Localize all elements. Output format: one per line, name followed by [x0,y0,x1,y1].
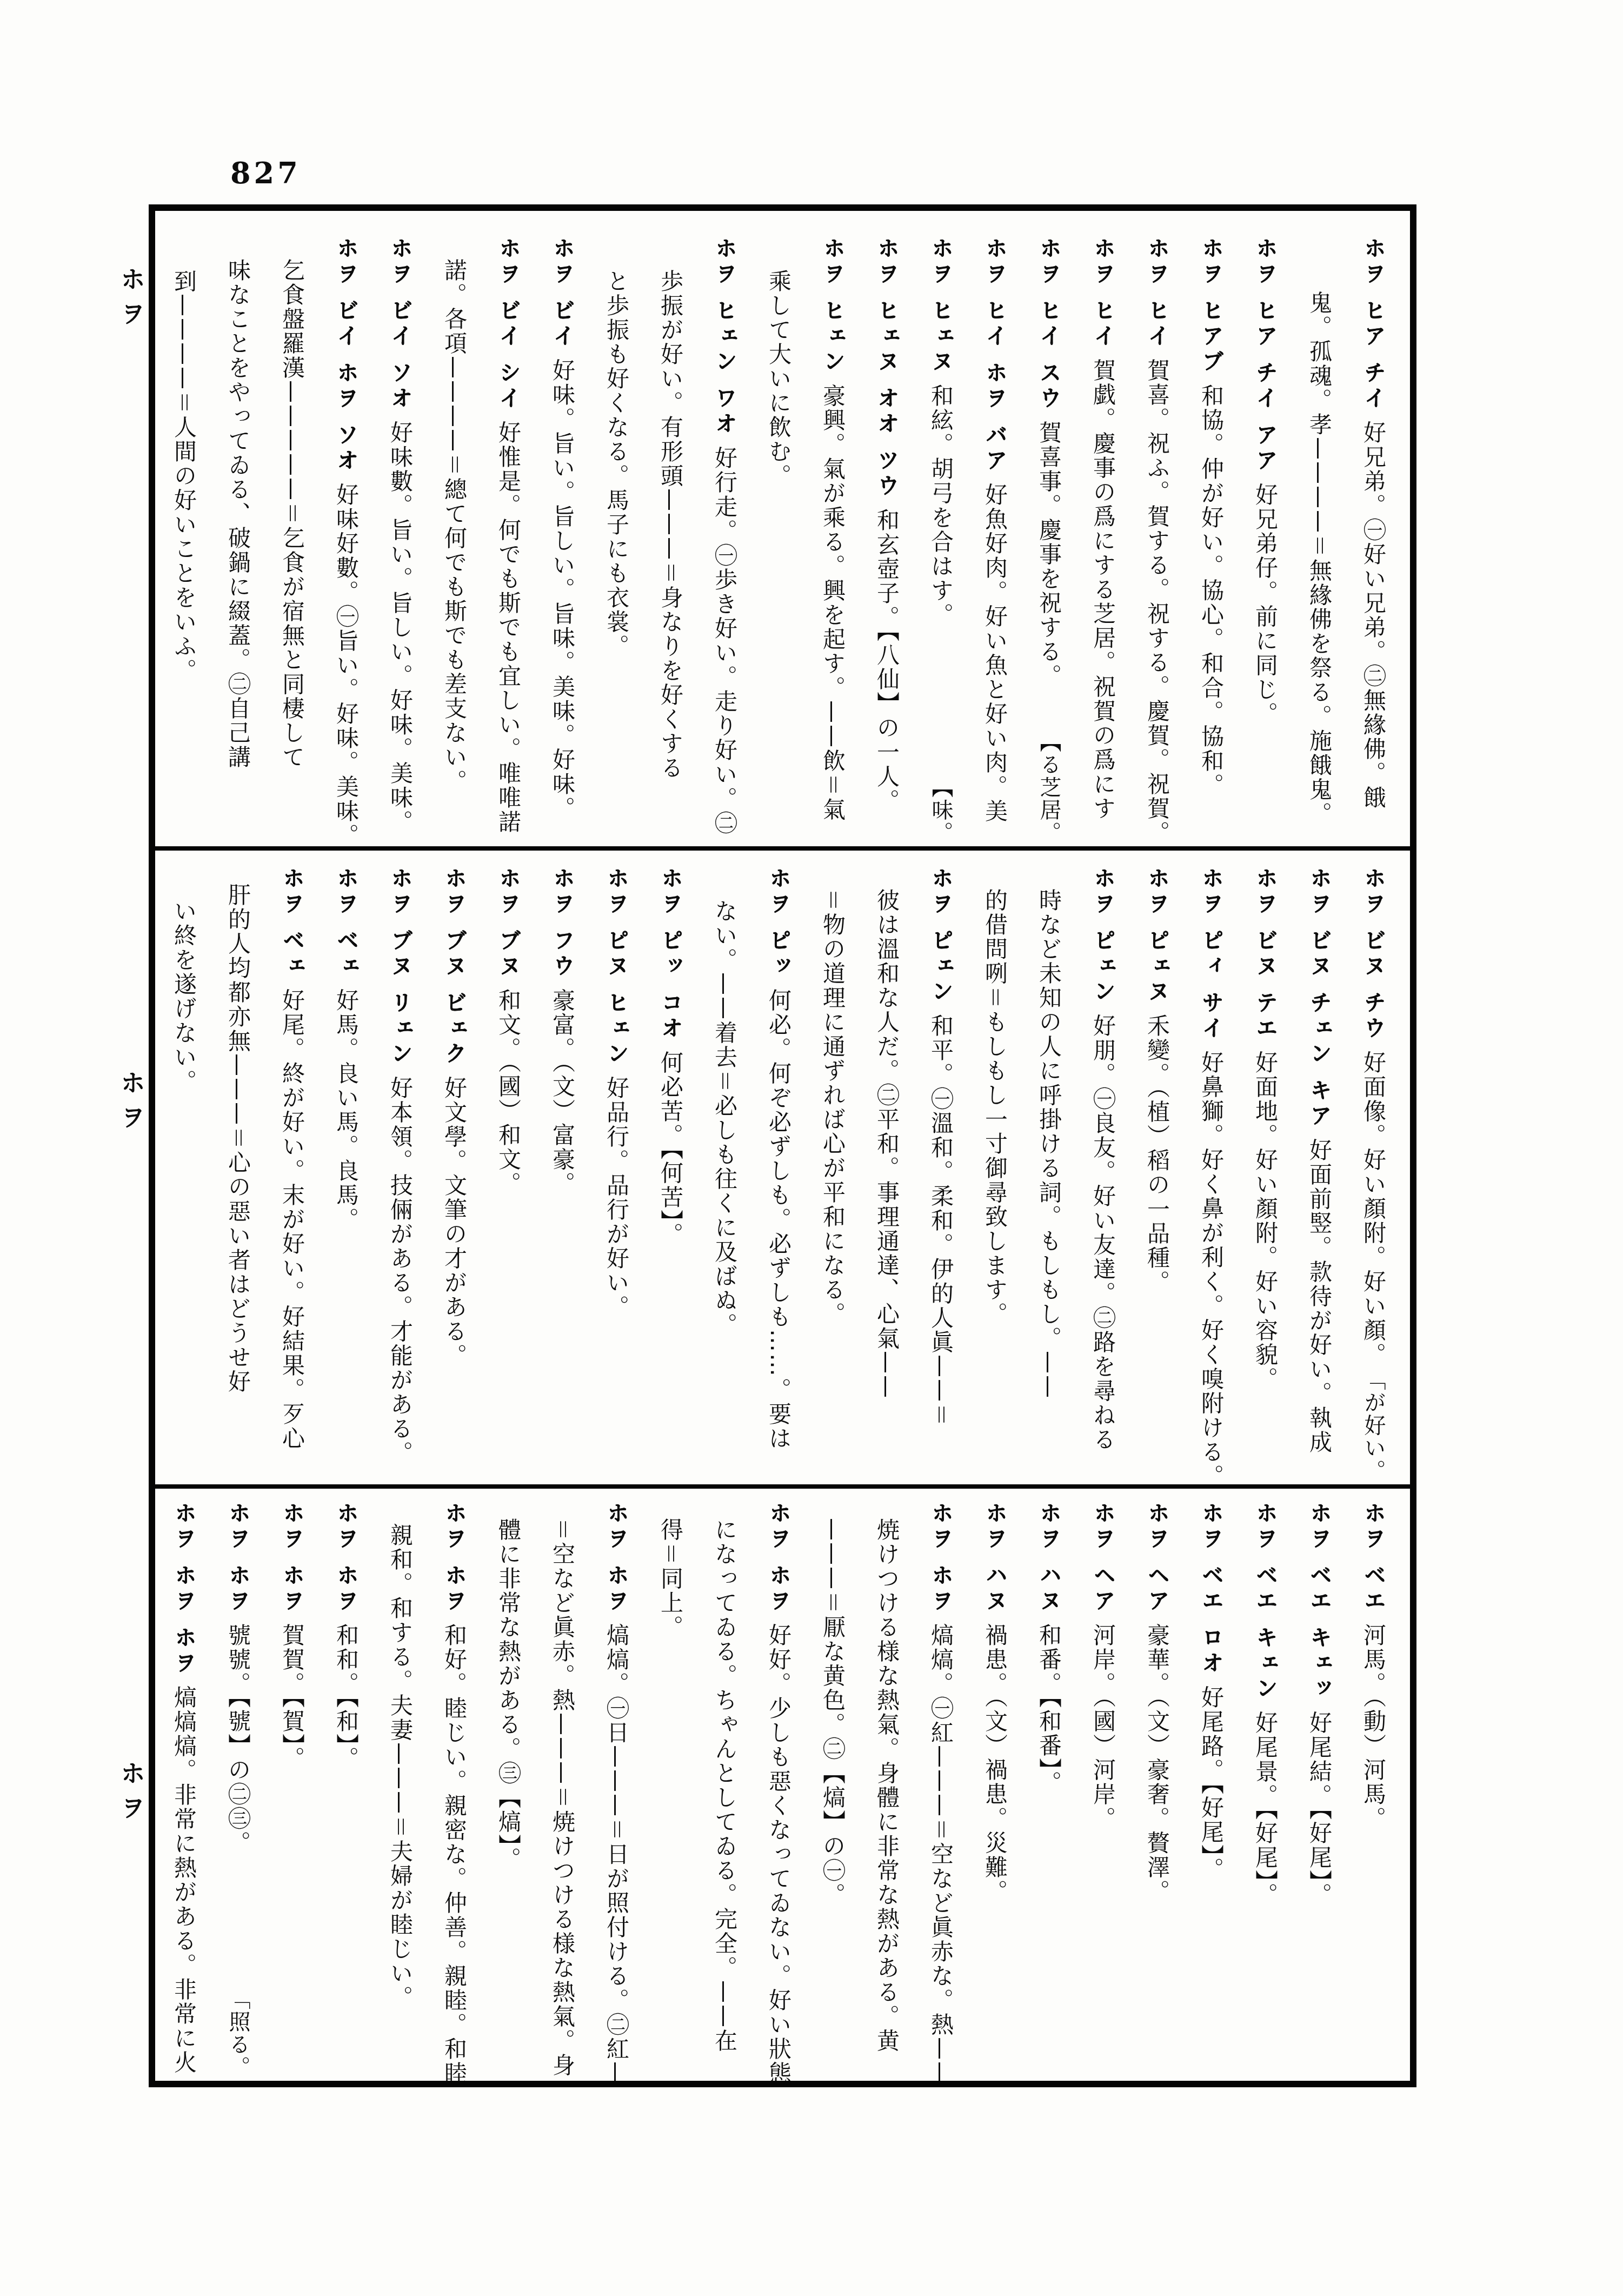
dictionary-column: ホヲ ホヲ和好。睦じい。親密な。仲善。親睦。和睦。 [427,1502,481,2081]
dictionary-column: ホヲ ピッ コオ何必苦。【何苦】。 [643,867,697,1484]
entry-definition: 禾變。（植）稻の一品種。 [1144,1014,1170,1295]
dictionary-column: ホヲ ホヲ和和。【和】。 [319,1502,373,2081]
entry-definition: ＝物の道理に通ずれば心が平和になる。 [820,888,846,1326]
dictionary-column: ホヲ ピェン好朋。㊀良友。好い友達。㊁路を尋ねる [1076,867,1130,1484]
dictionary-column: ＝物の道理に通ずれば心が平和になる。 [806,867,860,1484]
dictionary-column: ———＝厭な黄色。㊁【熇】の㊀。 [806,1502,860,2081]
margin-label-section-3: ホヲ [114,1760,149,1829]
section-separator [155,1484,1410,1489]
dictionary-column: ない。——着去＝必しも往くに及ばぬ。 [697,867,751,1484]
dictionary-section-top: ホヲ ヒア チイ好兄弟。㊀好い兄弟。㊁無緣佛。餓鬼。孤魂。孝————＝無緣佛を祭… [155,211,1410,846]
entry-headword: ホヲ ベエ キェッ [1307,1502,1332,1702]
dictionary-column: ホヲ ピェン和平。㊀溫和。柔和。伊的人眞——＝ [914,867,968,1484]
dictionary-column: ホヲ フウ豪富。（文）富豪。 [535,867,589,1484]
entry-definition: 好尾路。【好尾】。 [1198,1685,1225,1882]
dictionary-column: ホヲ ハヌ禍患。（文）禍患。災難。 [968,1502,1022,2081]
dictionary-section-bottom: ホヲ ベエ河馬。（動）河馬。ホヲ ベエ キェッ好尾結。【好尾】。ホヲ ベエ キェ… [155,1489,1410,2081]
entry-definition: 鬼。孤魂。孝————＝無緣佛を祭る。施餓鬼。 [1306,291,1333,826]
dictionary-column: 的借問咧＝もしもし一寸御尋致します。 [968,867,1022,1484]
dictionary-column: 體に非常な熱がある。㊂【熇】。 [481,1502,535,2081]
entry-headword: ホヲ ピェヌ [1145,867,1169,1005]
entry-definition: 好尾結。【好尾】。 [1306,1711,1333,1907]
entry-headword: ホヲ ヒェン ワオ [712,237,737,437]
entry-definition: 彼は溫和な人だ。㊁平和。事理通達、心氣—— [874,888,900,1399]
entry-definition: 好尾。終が好い。末が好い。好結果。歹心 [279,988,305,1451]
entry-headword: ホヲ ビイ ソオ [388,237,413,412]
content-frame: ホヲ ヒア チイ好兄弟。㊀好い兄弟。㊁無緣佛。餓鬼。孤魂。孝————＝無緣佛を祭… [149,204,1416,2087]
entry-definition: 和番。【和番】。 [1036,1623,1062,1795]
dictionary-column: ホヲ ブヌ和文。（國）和文。 [481,867,535,1484]
dictionary-column: ホヲ ビイ ソオ好味數。旨い。旨しい。好味。美味。 [373,237,427,846]
dictionary-column: 得＝同上。 [643,1502,697,2081]
dictionary-column: ホヲ ベェ好尾。終が好い。末が好い。好結果。歹心 [265,867,319,1484]
dictionary-column: ホヲ ベエ キェッ好尾結。【好尾】。 [1292,1502,1346,2081]
dictionary-column: ホヲ ホヲ ホヲ熇熇熇。非常に熱がある。非常に火 [157,1502,211,2081]
dictionary-column: 時など未知の人に呼掛ける詞。もしもし。—— [1022,867,1076,1484]
dictionary-column: ホヲ ホヲ好好。少しも惡くなってゐない。好い狀態 [751,1502,806,2081]
entry-definition: 好味。旨い。旨しい。旨味。美味。好味。 [549,359,576,821]
entry-definition: 好兄弟。㊀好い兄弟。㊁無緣佛。餓 [1360,421,1387,810]
section-separator [155,846,1410,851]
margin-label-section-2: ホヲ [114,1070,149,1139]
column-overflow-fragment: 「が好い。 [1360,1369,1386,1482]
dictionary-column: 肝的人均都亦無———＝心の惡い者はどうせ好 [211,867,265,1484]
dictionary-column: 彼は溫和な人だ。㊁平和。事理通達、心氣—— [860,867,914,1484]
dictionary-column: ホヲ ビヌ チウ好面像。好い顏附。好い顏。「が好い。 [1346,867,1400,1484]
entry-headword: ホヲ ブヌ [496,867,521,980]
entry-headword: ホヲ ホヲ [280,1502,304,1615]
entry-headword: ホヲ ヒェヌ オオ ツウ [874,237,899,500]
entry-headword: ホヲ ブヌ リェン [388,867,413,1067]
entry-definition: 得＝同上。 [657,1518,684,1640]
column-overflow-fragment: 【る芝居。 [1036,731,1062,844]
dictionary-column: になってゐる。ちゃんとしてゐる。完全。——在 [697,1502,751,2081]
entry-headword: ホヲ ビヌ テエ [1253,867,1278,1042]
dictionary-column: ホヲ ビヌ テエ好面地。好い顏附。好い容貌。 [1238,867,1292,1484]
entry-definition: 焼けつける様な熱氣。身體に非常な熱がある。黄 [874,1518,900,2053]
page-number: 827 [230,156,301,190]
entry-headword: ホヲ ビイ [550,237,575,350]
entry-definition: 賀喜。祝ふ。賀する。祝する。慶賀。祝賀。 [1144,359,1170,845]
entry-definition: 好兄弟仔。前に同じ。 [1252,483,1279,726]
dictionary-column: ホヲ ビイ ホヲ ソオ好味好數。㊀旨い。好味。美味。 [319,237,373,846]
entry-definition: 歩振が好い。有形頭———＝身なりを好くする [657,269,684,780]
entry-definition: 和和。【和】。 [333,1623,360,1771]
entry-definition: 好鼻獅。好く鼻が利く。好く嗅附ける。 [1198,1051,1225,1484]
entry-headword: ホヲ ヘア [1145,1502,1169,1615]
dictionary-column: ホヲ ヘア河岸。（國）河岸。 [1076,1502,1130,2081]
dictionary-column: 親和。和する。夫妻———＝夫婦が睦じい。 [373,1502,427,2081]
entry-definition: ＝空など眞赤。熱———＝焼けつける様な熱氣。身 [549,1518,576,2078]
entry-definition: 到————＝人間の好いことをいふ。 [171,269,197,683]
dictionary-column: ホヲ ピヌ ヒェン好品行。品行が好い。 [589,867,643,1484]
entry-definition: 和平。㊀溫和。柔和。伊的人眞——＝ [928,1014,954,1428]
dictionary-column: ホヲ ベェ好馬。良い馬。良馬。 [319,867,373,1484]
entry-headword: ホヲ ハヌ [982,1502,1007,1615]
scanned-page: 827 ホヲ ホヲ ホヲ ホヲ ヒア チイ好兄弟。㊀好い兄弟。㊁無緣佛。餓鬼。孤… [0,0,1623,2296]
dictionary-column: ホヲ ベエ ロオ好尾路。【好尾】。 [1184,1502,1238,2081]
entry-definition: 好朋。㊀良友。好い友達。㊁路を尋ねる [1090,1014,1116,1452]
entry-definition: と歩振も好くなる。馬子にも衣裳。 [603,269,630,659]
entry-definition: 好面地。好い顏附。好い容貌。 [1252,1051,1279,1391]
dictionary-column: ホヲ ヘア豪華。（文）豪奢。贅澤。 [1130,1502,1184,2081]
dictionary-column: ホヲ ヒイ ホヲ バア好魚好肉。好い魚と好い肉。美 [968,237,1022,846]
dictionary-column: ホヲ ベエ キェン好尾景。【好尾】。 [1238,1502,1292,2081]
entry-definition: 熇熇。㊀日———＝日が照付ける。㊁紅—— [603,1623,630,2081]
entry-definition: 好本領。技倆がある。才能がある。 [387,1076,414,1465]
entry-definition: 河馬。（動）河馬。 [1360,1623,1387,1831]
entry-definition: 賀戯。慶事の爲にする芝居。祝賀の爲にす [1090,359,1116,821]
entry-definition: 好惟是。何でも斯でも宜しい。唯唯諾 [495,421,522,834]
entry-definition: 好品行。品行が好い。 [603,1076,630,1319]
dictionary-column: ホヲ ヒア チイ好兄弟。㊀好い兄弟。㊁無緣佛。餓 [1346,237,1400,846]
entry-headword: ホヲ ハヌ [1036,1502,1061,1615]
dictionary-column: い終を遂げない。 [157,867,211,1484]
dictionary-column: ホヲ ビヌ チェン キア好面前竪。款待が好い。執成 [1292,867,1346,1484]
entry-headword: ホヲ ピィ サイ [1199,867,1223,1042]
dictionary-column: ホヲ ブヌ リェン好本領。技倆がある。才能がある。 [373,867,427,1484]
entry-definition: 好尾景。【好尾】。 [1252,1711,1279,1907]
entry-definition: 好文學。文筆の才がある。 [441,1076,468,1368]
entry-headword: ホヲ ベェ [280,867,304,980]
dictionary-column: ホヲ ヒアブ和協。仲が好い。協心。和合。協和。 [1184,237,1238,846]
entry-definition: 好味好數。㊀旨い。好味。美味。 [333,483,360,846]
dictionary-column: ホヲ ホヲ號號。【號】の㊁㊂。「照る。 [211,1502,265,2081]
entry-definition: 河岸。（國）河岸。 [1090,1623,1116,1831]
entry-headword: ホヲ ヒイ [1145,237,1169,350]
entry-definition: 號號。【號】の㊁㊂。 [225,1623,251,1855]
dictionary-column: ホヲ ヒア チイ アア好兄弟仔。前に同じ。 [1238,237,1292,846]
entry-definition: い終を遂げない。 [171,899,197,1094]
entry-headword: ホヲ ヘア [1090,1502,1115,1615]
dictionary-column: ホヲ ホヲ賀賀。【賀】。 [265,1502,319,2081]
entry-headword: ホヲ ピェン [928,867,953,1005]
entry-definition: 豪富。（文）富豪。 [549,988,576,1196]
dictionary-column: ホヲ ビイ シイ好惟是。何でも斯でも宜しい。唯唯諾 [481,237,535,846]
dictionary-section-middle: ホヲ ビヌ チウ好面像。好い顏附。好い顏。「が好い。ホヲ ビヌ チェン キア好面… [155,851,1410,1484]
entry-definition: ない。——着去＝必しも往くに及ばぬ。 [711,899,738,1337]
entry-headword: ホヲ ヒアブ [1199,237,1223,375]
entry-headword: ホヲ ピヌ ヒェン [604,867,629,1067]
entry-definition: 熇熇。㊀紅———＝空など眞赤な。熱——＝ [928,1623,954,2081]
dictionary-column: 乘して大いに飲む。 [751,237,806,846]
dictionary-column: 諾。各項————＝總て何でも斯でも差支ない。 [427,237,481,846]
dictionary-column: 乞食盤羅漢—————＝乞食が宿無と同棲して [265,237,319,846]
entry-definition: 好味數。旨い。旨しい。好味。美味。 [387,421,414,834]
entry-headword: ホヲ ビイ シイ [496,237,521,412]
entry-definition: 和協。仲が好い。協心。和合。協和。 [1198,384,1225,798]
entry-headword: ホヲ ベエ ロオ [1199,1502,1223,1677]
entry-definition: 何必。何ぞ必ずしも。必ずしも……。要は [766,988,792,1451]
entry-definition: 諾。各項————＝總て何でも斯でも差支ない。 [441,258,468,794]
entry-headword: ホヲ ヒイ ホヲ バア [982,237,1007,474]
entry-headword: ホヲ ヒイ [1090,237,1115,350]
entry-definition: になってゐる。ちゃんとしてゐる。完全。——在 [711,1518,738,2053]
entry-headword: ホヲ ホヲ ホヲ [171,1502,196,1677]
dictionary-column: ホヲ ブヌ ビェク好文學。文筆の才がある。 [427,867,481,1484]
entry-definition: 體に非常な熱がある。㊂【熇】。 [495,1518,522,1872]
entry-definition: 豪華。（文）豪奢。贅澤。 [1144,1623,1170,1904]
entry-definition: 好魚好肉。好い魚と好い肉。美 [982,483,1008,824]
entry-headword: ホヲ ベエ キェン [1253,1502,1278,1702]
dictionary-column: ホヲ ヒイ スウ賀喜事。慶事を祝する。【る芝居。 [1022,237,1076,846]
entry-definition: 好行走。㊀歩き好い。走り好い。㊁ [711,446,738,835]
dictionary-column: 歩振が好い。有形頭———＝身なりを好くする [643,237,697,846]
margin-label-section-1: ホヲ [114,266,149,335]
entry-definition: ———＝厭な黄色。㊁【熇】の㊀。 [820,1518,846,1907]
dictionary-column: ホヲ ヒェン ワオ好行走。㊀歩き好い。走り好い。㊁ [697,237,751,846]
dictionary-column: ホヲ ピェヌ禾變。（植）稻の一品種。 [1130,867,1184,1484]
dictionary-column: ホヲ ビイ好味。旨い。旨しい。旨味。美味。好味。 [535,237,589,846]
dictionary-column: ホヲ ヒェン豪興。氣が乘る。興を起す。——飲＝氣 [806,237,860,846]
column-overflow-fragment: 「照る。 [225,1988,251,2079]
entry-definition: 賀喜事。慶事を祝する。 [1036,421,1062,688]
entry-definition: 好好。少しも惡くなってゐない。好い狀態 [766,1623,792,2081]
entry-definition: 乘して大いに飲む。 [766,269,792,488]
dictionary-column: ホヲ ベエ河馬。（動）河馬。 [1346,1502,1400,2081]
entry-headword: ホヲ ホヲ [928,1502,953,1615]
entry-headword: ホヲ ヒア チイ アア [1253,237,1278,474]
entry-headword: ホヲ ホヲ [225,1502,250,1615]
entry-headword: ホヲ フウ [550,867,575,980]
dictionary-column: ホヲ ピッ何必。何ぞ必ずしも。必ずしも……。要は [751,867,806,1484]
entry-headword: ホヲ ビイ ホヲ ソオ [334,237,358,474]
entry-headword: ホヲ ヒェヌ [928,237,953,375]
entry-definition: 好馬。良い馬。良馬。 [333,988,360,1232]
dictionary-column: 味なことをやってゐる、破鍋に綴蓋。㊁自己講 [211,237,265,846]
entry-definition: 賀賀。【賀】。 [279,1623,305,1771]
dictionary-column: ホヲ ハヌ和番。【和番】。 [1022,1502,1076,2081]
entry-definition: 乞食盤羅漢—————＝乞食が宿無と同棲して [279,258,305,769]
entry-definition: 熇熇熇。非常に熱がある。非常に火 [171,1685,197,2075]
dictionary-column: ホヲ ピィ サイ好鼻獅。好く鼻が利く。好く嗅附ける。 [1184,867,1238,1484]
dictionary-column: 鬼。孤魂。孝————＝無緣佛を祭る。施餓鬼。 [1292,237,1346,846]
entry-headword: ホヲ ホヲ [442,1502,467,1615]
entry-headword: ホヲ ベェ [334,867,358,980]
entry-headword: ホヲ ピッ コオ [658,867,683,1042]
dictionary-column: ホヲ ヒェヌ オオ ツウ和玄壺子。【八仙】の一人。 [860,237,914,846]
entry-definition: 好面前竪。款待が好い。執成 [1306,1138,1333,1455]
dictionary-column: ホヲ ヒイ賀戯。慶事の爲にする芝居。祝賀の爲にす [1076,237,1130,846]
dictionary-column: 到————＝人間の好いことをいふ。 [157,237,211,846]
entry-definition: 禍患。（文）禍患。災難。 [982,1623,1008,1904]
entry-definition: 和文。（國）和文。 [495,988,522,1196]
entry-headword: ホヲ ヒイ スウ [1036,237,1061,412]
entry-headword: ホヲ ピッ [766,867,791,980]
entry-headword: ホヲ ヒア チイ [1361,237,1386,412]
dictionary-column: ホヲ ヒェヌ和絃。胡弓を合はす。【味。 [914,237,968,846]
dictionary-column: ホヲ ヒイ賀喜。祝ふ。賀する。祝する。慶賀。祝賀。 [1130,237,1184,846]
entry-headword: ホヲ ホヲ [604,1502,629,1615]
entry-definition: 親和。和する。夫妻———＝夫婦が睦じい。 [387,1523,414,2010]
dictionary-column: と歩振も好くなる。馬子にも衣裳。 [589,237,643,846]
entry-headword: ホヲ ビヌ チウ [1361,867,1386,1042]
entry-definition: 何必苦。【何苦】。 [657,1051,684,1247]
entry-definition: 和玄壺子。【八仙】の一人。 [874,508,900,813]
entry-headword: ホヲ ヒェン [820,237,845,375]
entry-definition: 味なことをやってゐる、破鍋に綴蓋。㊁自己講 [225,258,251,769]
dictionary-column: 焼けつける様な熱氣。身體に非常な熱がある。黄 [860,1502,914,2081]
entry-headword: ホヲ ビヌ チェン キア [1307,867,1332,1130]
entry-definition: 和好。睦じい。親密な。仲善。親睦。和睦。 [441,1623,468,2081]
entry-definition: 好面像。好い顏附。好い顏。 [1360,1051,1387,1367]
dictionary-column: ホヲ ホヲ熇熇。㊀紅———＝空など眞赤な。熱——＝ [914,1502,968,2081]
dictionary-column: ホヲ ホヲ熇熇。㊀日———＝日が照付ける。㊁紅—— [589,1502,643,2081]
entry-definition: 時など未知の人に呼掛ける詞。もしもし。—— [1036,888,1062,1399]
entry-definition: 豪興。氣が乘る。興を起す。——飲＝氣 [820,384,846,822]
entry-headword: ホヲ ピェン [1090,867,1115,1005]
entry-definition: 和絃。胡弓を合はす。 [928,384,954,627]
entry-headword: ホヲ ブヌ ビェク [442,867,467,1067]
entry-definition: 肝的人均都亦無———＝心の惡い者はどうせ好 [225,883,251,1394]
entry-headword: ホヲ ベエ [1361,1502,1386,1615]
dictionary-column: ＝空など眞赤。熱———＝焼けつける様な熱氣。身 [535,1502,589,2081]
entry-definition: 的借問咧＝もしもし一寸御尋致します。 [982,888,1008,1326]
entry-headword: ホヲ ホヲ [766,1502,791,1615]
column-overflow-fragment: 【味。 [928,776,954,844]
entry-headword: ホヲ ホヲ [334,1502,358,1615]
